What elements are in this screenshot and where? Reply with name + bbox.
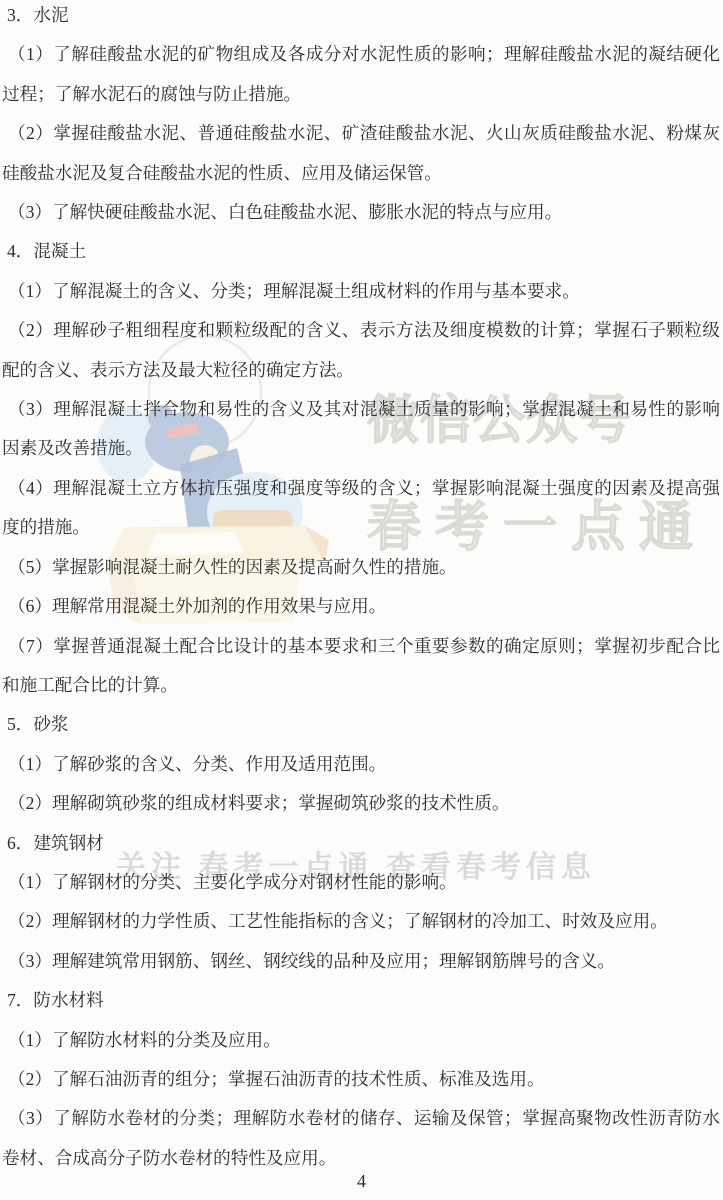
paragraph-line: （3）理解混凝土拌合物和易性的含义及其对混凝土质量的影响；掌握混凝土和易性的影响 [0, 390, 723, 429]
section-heading-concrete: 4．混凝土 [0, 232, 723, 271]
paragraph-line: 配的含义、表示方法及最大粒径的确定方法。 [0, 351, 723, 390]
paragraph-line: （1）了解钢材的分类、主要化学成分对钢材性能的影响。 [0, 863, 723, 902]
paragraph-line: （4）理解混凝土立方体抗压强度和强度等级的含义；掌握影响混凝土强度的因素及提高强 [0, 469, 723, 508]
section-heading-cement: 3．水泥 [0, 0, 723, 35]
paragraph-line: （2）理解砌筑砂浆的组成材料要求；掌握砌筑砂浆的技术性质。 [0, 784, 723, 823]
paragraph-line: （2）理解钢材的力学性质、工艺性能指标的含义；了解钢材的冷加工、时效及应用。 [0, 902, 723, 941]
paragraph-line: （2）理解砂子粗细程度和颗粒级配的含义、表示方法及细度模数的计算；掌握石子颗粒级 [0, 311, 723, 350]
paragraph-line: （5）掌握影响混凝土耐久性的因素及提高耐久性的措施。 [0, 548, 723, 587]
paragraph-line: （3）了解防水卷材的分类；理解防水卷材的储存、运输及保管；掌握高聚物改性沥青防水 [0, 1099, 723, 1138]
page-number: 4 [0, 1171, 723, 1192]
paragraph-line: （1）了解混凝土的含义、分类；理解混凝土组成材料的作用与基本要求。 [0, 272, 723, 311]
paragraph-line: （2）了解石油沥青的组分；掌握石油沥青的技术性质、标准及选用。 [0, 1060, 723, 1099]
section-heading-mortar: 5．砂浆 [0, 705, 723, 744]
paragraph-line: （7）掌握普通混凝土配合比设计的基本要求和三个重要参数的确定原则；掌握初步配合比 [0, 627, 723, 666]
paragraph-line: （2）掌握硅酸盐水泥、普通硅酸盐水泥、矿渣硅酸盐水泥、火山灰质硅酸盐水泥、粉煤灰 [0, 114, 723, 153]
paragraph-line: 度的措施。 [0, 508, 723, 547]
paragraph-line: （1）了解硅酸盐水泥的矿物组成及各成分对水泥性质的影响；理解硅酸盐水泥的凝结硬化 [0, 35, 723, 74]
document-body: 3．水泥 （1）了解硅酸盐水泥的矿物组成及各成分对水泥性质的影响；理解硅酸盐水泥… [0, 0, 723, 1178]
paragraph-line: 因素及改善措施。 [0, 429, 723, 468]
paragraph-line: 硅酸盐水泥及复合硅酸盐水泥的性质、应用及储运保管。 [0, 154, 723, 193]
paragraph-line: （3）了解快硬硅酸盐水泥、白色硅酸盐水泥、膨胀水泥的特点与应用。 [0, 193, 723, 232]
paragraph-line: （1）了解砂浆的含义、分类、作用及适用范围。 [0, 745, 723, 784]
paragraph-line: （6）理解常用混凝土外加剂的作用效果与应用。 [0, 587, 723, 626]
section-heading-waterproofing: 7．防水材料 [0, 981, 723, 1020]
paragraph-line: （1）了解防水材料的分类及应用。 [0, 1021, 723, 1060]
paragraph-line: 过程；了解水泥石的腐蚀与防止措施。 [0, 75, 723, 114]
paragraph-line: 和施工配合比的计算。 [0, 666, 723, 705]
document-page: 微信公众号 春考一点通 关注 春考一点通 查看春考信息 3．水泥 （1）了解硅酸… [0, 0, 723, 1200]
paragraph-line: （3）理解建筑常用钢筋、钢丝、钢绞线的品种及应用；理解钢筋牌号的含义。 [0, 942, 723, 981]
section-heading-steel: 6．建筑钢材 [0, 824, 723, 863]
